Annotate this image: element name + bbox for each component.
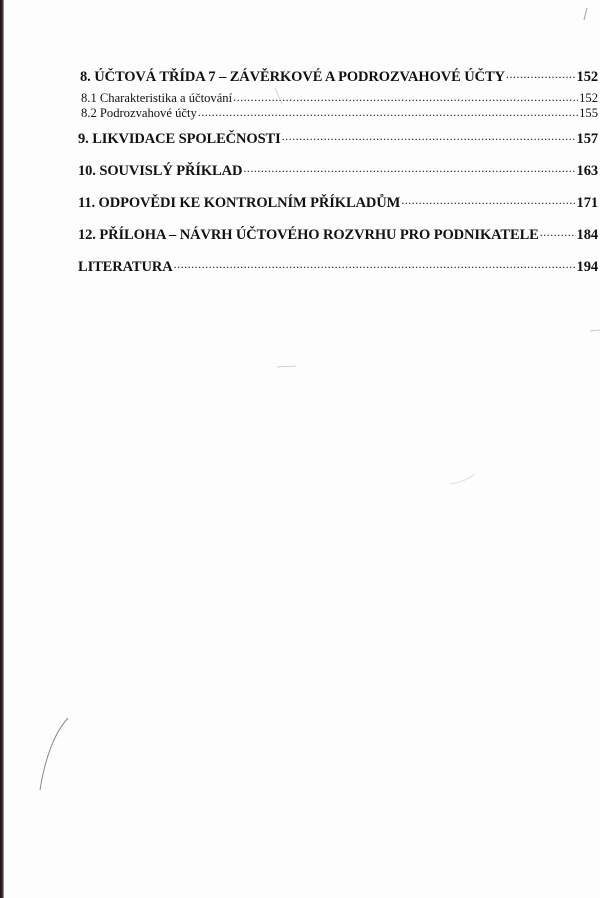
scan-artifacts [0,0,600,898]
